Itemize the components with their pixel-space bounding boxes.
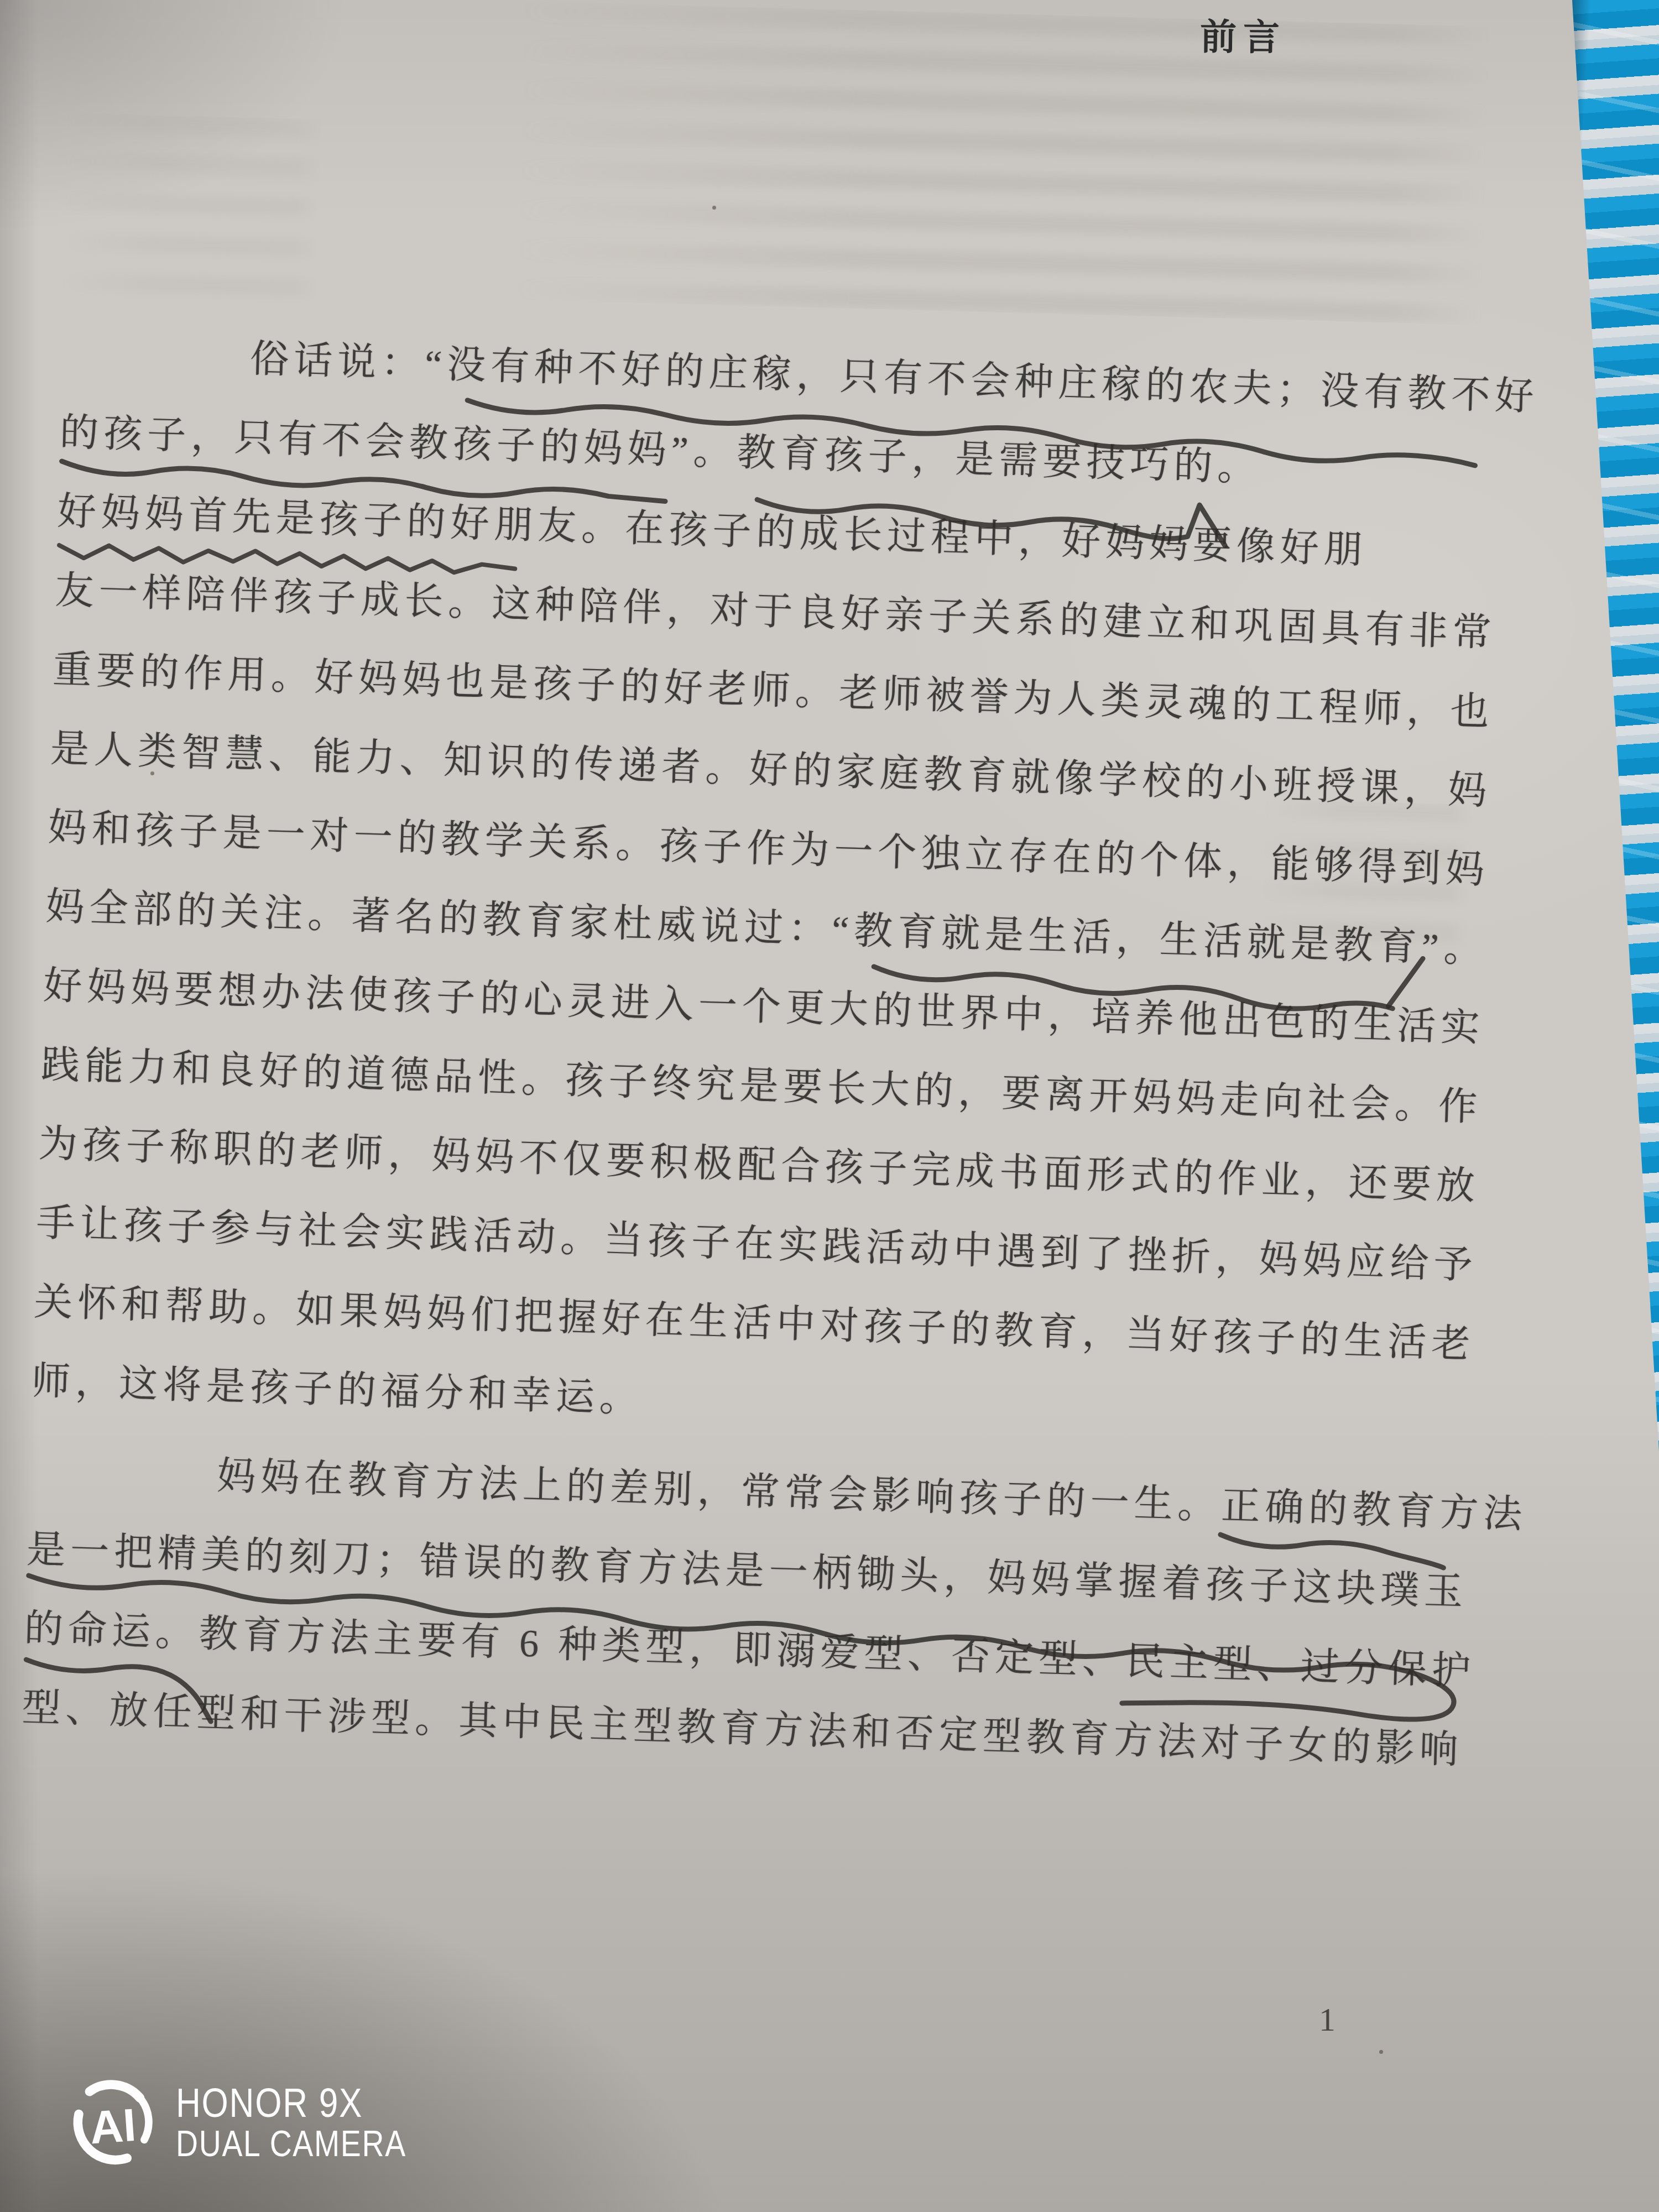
ai-logo-text: AI <box>88 2099 138 2154</box>
watermark-camera-label: DUAL CAMERA <box>176 2125 406 2163</box>
body-text: 俗话说：“没有种不好的庄稼，只有不会种庄稼的农夫；没有教不好 的孩子，只有不会教… <box>20 305 1495 1807</box>
text-line: 俗话说：“没有种不好的庄稼，只有不会种庄稼的农夫；没有教不好 <box>249 327 1540 421</box>
book-page-photo: 前言 俗话说：“没有种不好的庄稼，只有不会种庄稼的农夫；没有教不好 的孩子，只有… <box>0 0 1659 2212</box>
dust-speck <box>712 206 716 210</box>
text-line: 型、放任型和干涉型。其中民主型教育方法和否定型教育方法对子女的影响 <box>21 1676 1464 1775</box>
dust-speck <box>150 771 154 775</box>
text-line: 妈和孩子是一对一的教学关系。孩子作为一个独立存在的个体，能够得到妈 <box>48 796 1490 895</box>
watermark-device-name: HONOR 9X <box>176 2082 406 2125</box>
camera-watermark: AI HONOR 9X DUAL CAMERA <box>69 2077 450 2168</box>
text-line: 为孩子称职的老师，妈妈不仅要积极配合孩子完成书面形式的作业，还要放 <box>38 1112 1481 1211</box>
text-line: 妈妈在教育方法上的差别，常常会影响孩子的一生。正确的教育方法 <box>216 1444 1528 1539</box>
text-line: 的孩子，只有不会教孩子的妈妈”。教育孩子，是需要技巧的。 <box>59 401 1262 492</box>
plastic-bag-background <box>1572 0 1659 1452</box>
text-line: 好妈妈要想办法使孩子的心灵进入一个更大的世界中，培养他出色的生活实 <box>43 954 1485 1052</box>
text-line: 重要的作用。好妈妈也是孩子的好老师。老师被誉为人类灵魂的工程师，也 <box>52 638 1495 737</box>
text-line: 好妈妈首先是孩子的好朋友。在孩子的成长过程中，好妈妈要像好朋 <box>57 480 1369 575</box>
text-line: 是一把精美的刻刀；错误的教育方法是一柄锄头，妈妈掌握着孩子这块璞玉 <box>26 1518 1469 1616</box>
text-line: 友一样陪伴孩子成长。这种陪伴，对于良好亲子关系的建立和巩固具有非常 <box>54 559 1497 658</box>
text-line: 手让孩子参与社会实践活动。当孩子在实践活动中遇到了挫折，妈妈应给予 <box>35 1191 1478 1290</box>
text-line: 关怀和帮助。如果妈妈们把握好在生活中对孩子的教育，当好孩子的生活老 <box>33 1270 1476 1369</box>
dust-speck <box>1379 2050 1383 2054</box>
bleedthrough-text <box>510 1 1491 325</box>
text-line: 妈全部的关注。著名的教育家杜威说过：“教育就是生活，生活就是教育”。 <box>45 875 1488 974</box>
text-line: 师，这将是孩子的福分和幸运。 <box>31 1349 644 1423</box>
page-number: 1 <box>1319 2001 1335 2039</box>
text-line: 践能力和良好的道德品性。孩子终究是要长大的，要离开妈妈走向社会。作 <box>40 1033 1483 1131</box>
bleedthrough-text <box>58 113 323 313</box>
page-title: 前言 <box>1200 7 1287 61</box>
text-line: 是人类智慧、能力、知识的传递者。好的家庭教育就像学校的小班授课，妈 <box>50 717 1493 816</box>
text-line: 的命运。教育方法主要有 6 种类型，即溺爱型、否定型、民主型、过分保护 <box>24 1597 1477 1696</box>
ai-logo-icon: AI <box>69 2077 160 2168</box>
watermark-text: HONOR 9X DUAL CAMERA <box>176 2082 406 2163</box>
